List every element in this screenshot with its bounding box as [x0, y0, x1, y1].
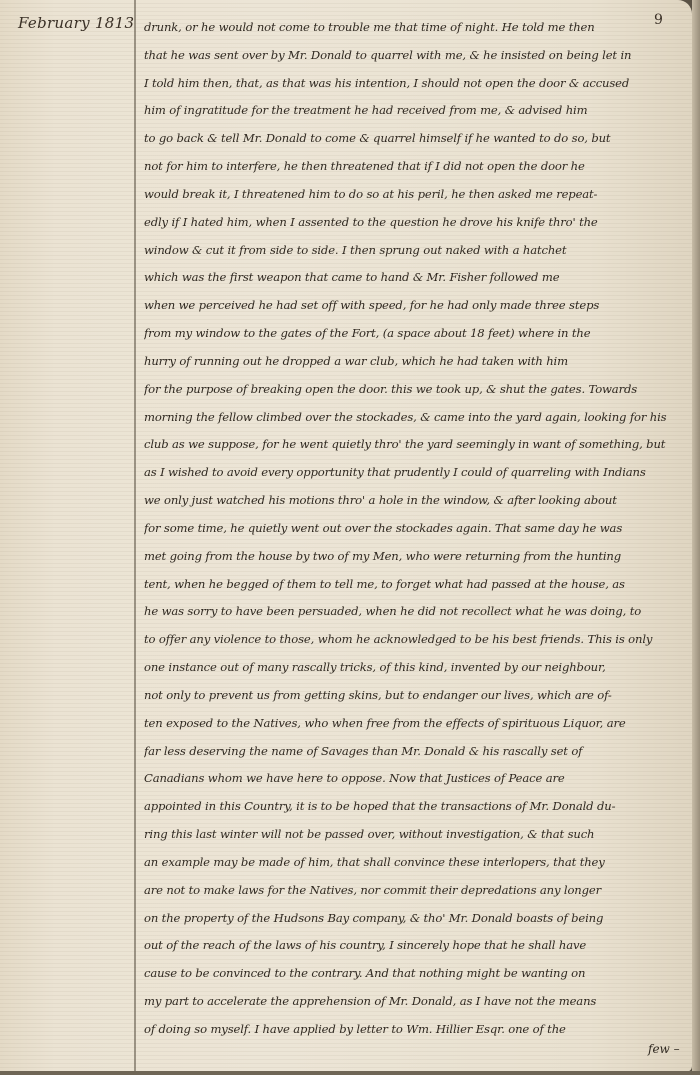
text-line: tent, when he begged of them to tell me,…: [144, 571, 692, 599]
page-edge-bottom: [0, 1071, 700, 1075]
text-line: would break it, I threatened him to do s…: [144, 181, 692, 209]
text-line: morning the fellow climbed over the stoc…: [144, 404, 692, 432]
text-line: to offer any violence to those, whom he …: [144, 626, 692, 654]
page-edge: [692, 0, 700, 1075]
text-line: from my window to the gates of the Fort,…: [144, 320, 692, 348]
text-line: cause to be convinced to the contrary. A…: [144, 960, 692, 988]
text-line: ring this last winter will not be passed…: [144, 821, 692, 849]
text-line: we only just watched his motions thro' a…: [144, 487, 692, 515]
text-line: ten exposed to the Natives, who when fre…: [144, 710, 692, 738]
text-line: not for him to interfere, he then threat…: [144, 153, 692, 181]
text-line: not only to prevent us from getting skin…: [144, 682, 692, 710]
manuscript-page: February 1813 9 drunk, or he would not c…: [0, 0, 692, 1072]
text-line: on the property of the Hudsons Bay compa…: [144, 905, 692, 933]
text-line: drunk, or he would not come to trouble m…: [144, 14, 692, 42]
text-line: of doing so myself. I have applied by le…: [144, 1016, 692, 1044]
text-line: for some time, he quietly went out over …: [144, 515, 692, 543]
text-line: window & cut it from side to side. I the…: [144, 237, 692, 265]
text-line: he was sorry to have been persuaded, whe…: [144, 598, 692, 626]
text-line: to go back & tell Mr. Donald to come & q…: [144, 125, 692, 153]
catchword: few –: [648, 1042, 680, 1056]
text-line: far less deserving the name of Savages t…: [144, 738, 692, 766]
text-line: that he was sent over by Mr. Donald to q…: [144, 42, 692, 70]
text-line: which was the first weapon that came to …: [144, 264, 692, 292]
text-line: my part to accelerate the apprehension o…: [144, 988, 692, 1016]
text-line: I told him then, that, as that was his i…: [144, 70, 692, 98]
text-line: him of ingratitude for the treatment he …: [144, 97, 692, 125]
text-line: out of the reach of the laws of his coun…: [144, 932, 692, 960]
text-line: met going from the house by two of my Me…: [144, 543, 692, 571]
text-line: one instance out of many rascally tricks…: [144, 654, 692, 682]
journal-entry-text: drunk, or he would not come to trouble m…: [144, 14, 692, 1044]
text-line: appointed in this Country, it is to be h…: [144, 793, 692, 821]
text-line: hurry of running out he dropped a war cl…: [144, 348, 692, 376]
text-line: when we perceived he had set off with sp…: [144, 292, 692, 320]
text-line: club as we suppose, for he went quietly …: [144, 431, 692, 459]
margin-date: February 1813: [18, 14, 134, 32]
text-line: Canadians whom we have here to oppose. N…: [144, 765, 692, 793]
text-line: are not to make laws for the Natives, no…: [144, 877, 692, 905]
text-line: as I wished to avoid every opportunity t…: [144, 459, 692, 487]
text-line: an example may be made of him, that shal…: [144, 849, 692, 877]
text-line: edly if I hated him, when I assented to …: [144, 209, 692, 237]
text-line: for the purpose of breaking open the doo…: [144, 376, 692, 404]
margin-rule: [134, 0, 136, 1072]
